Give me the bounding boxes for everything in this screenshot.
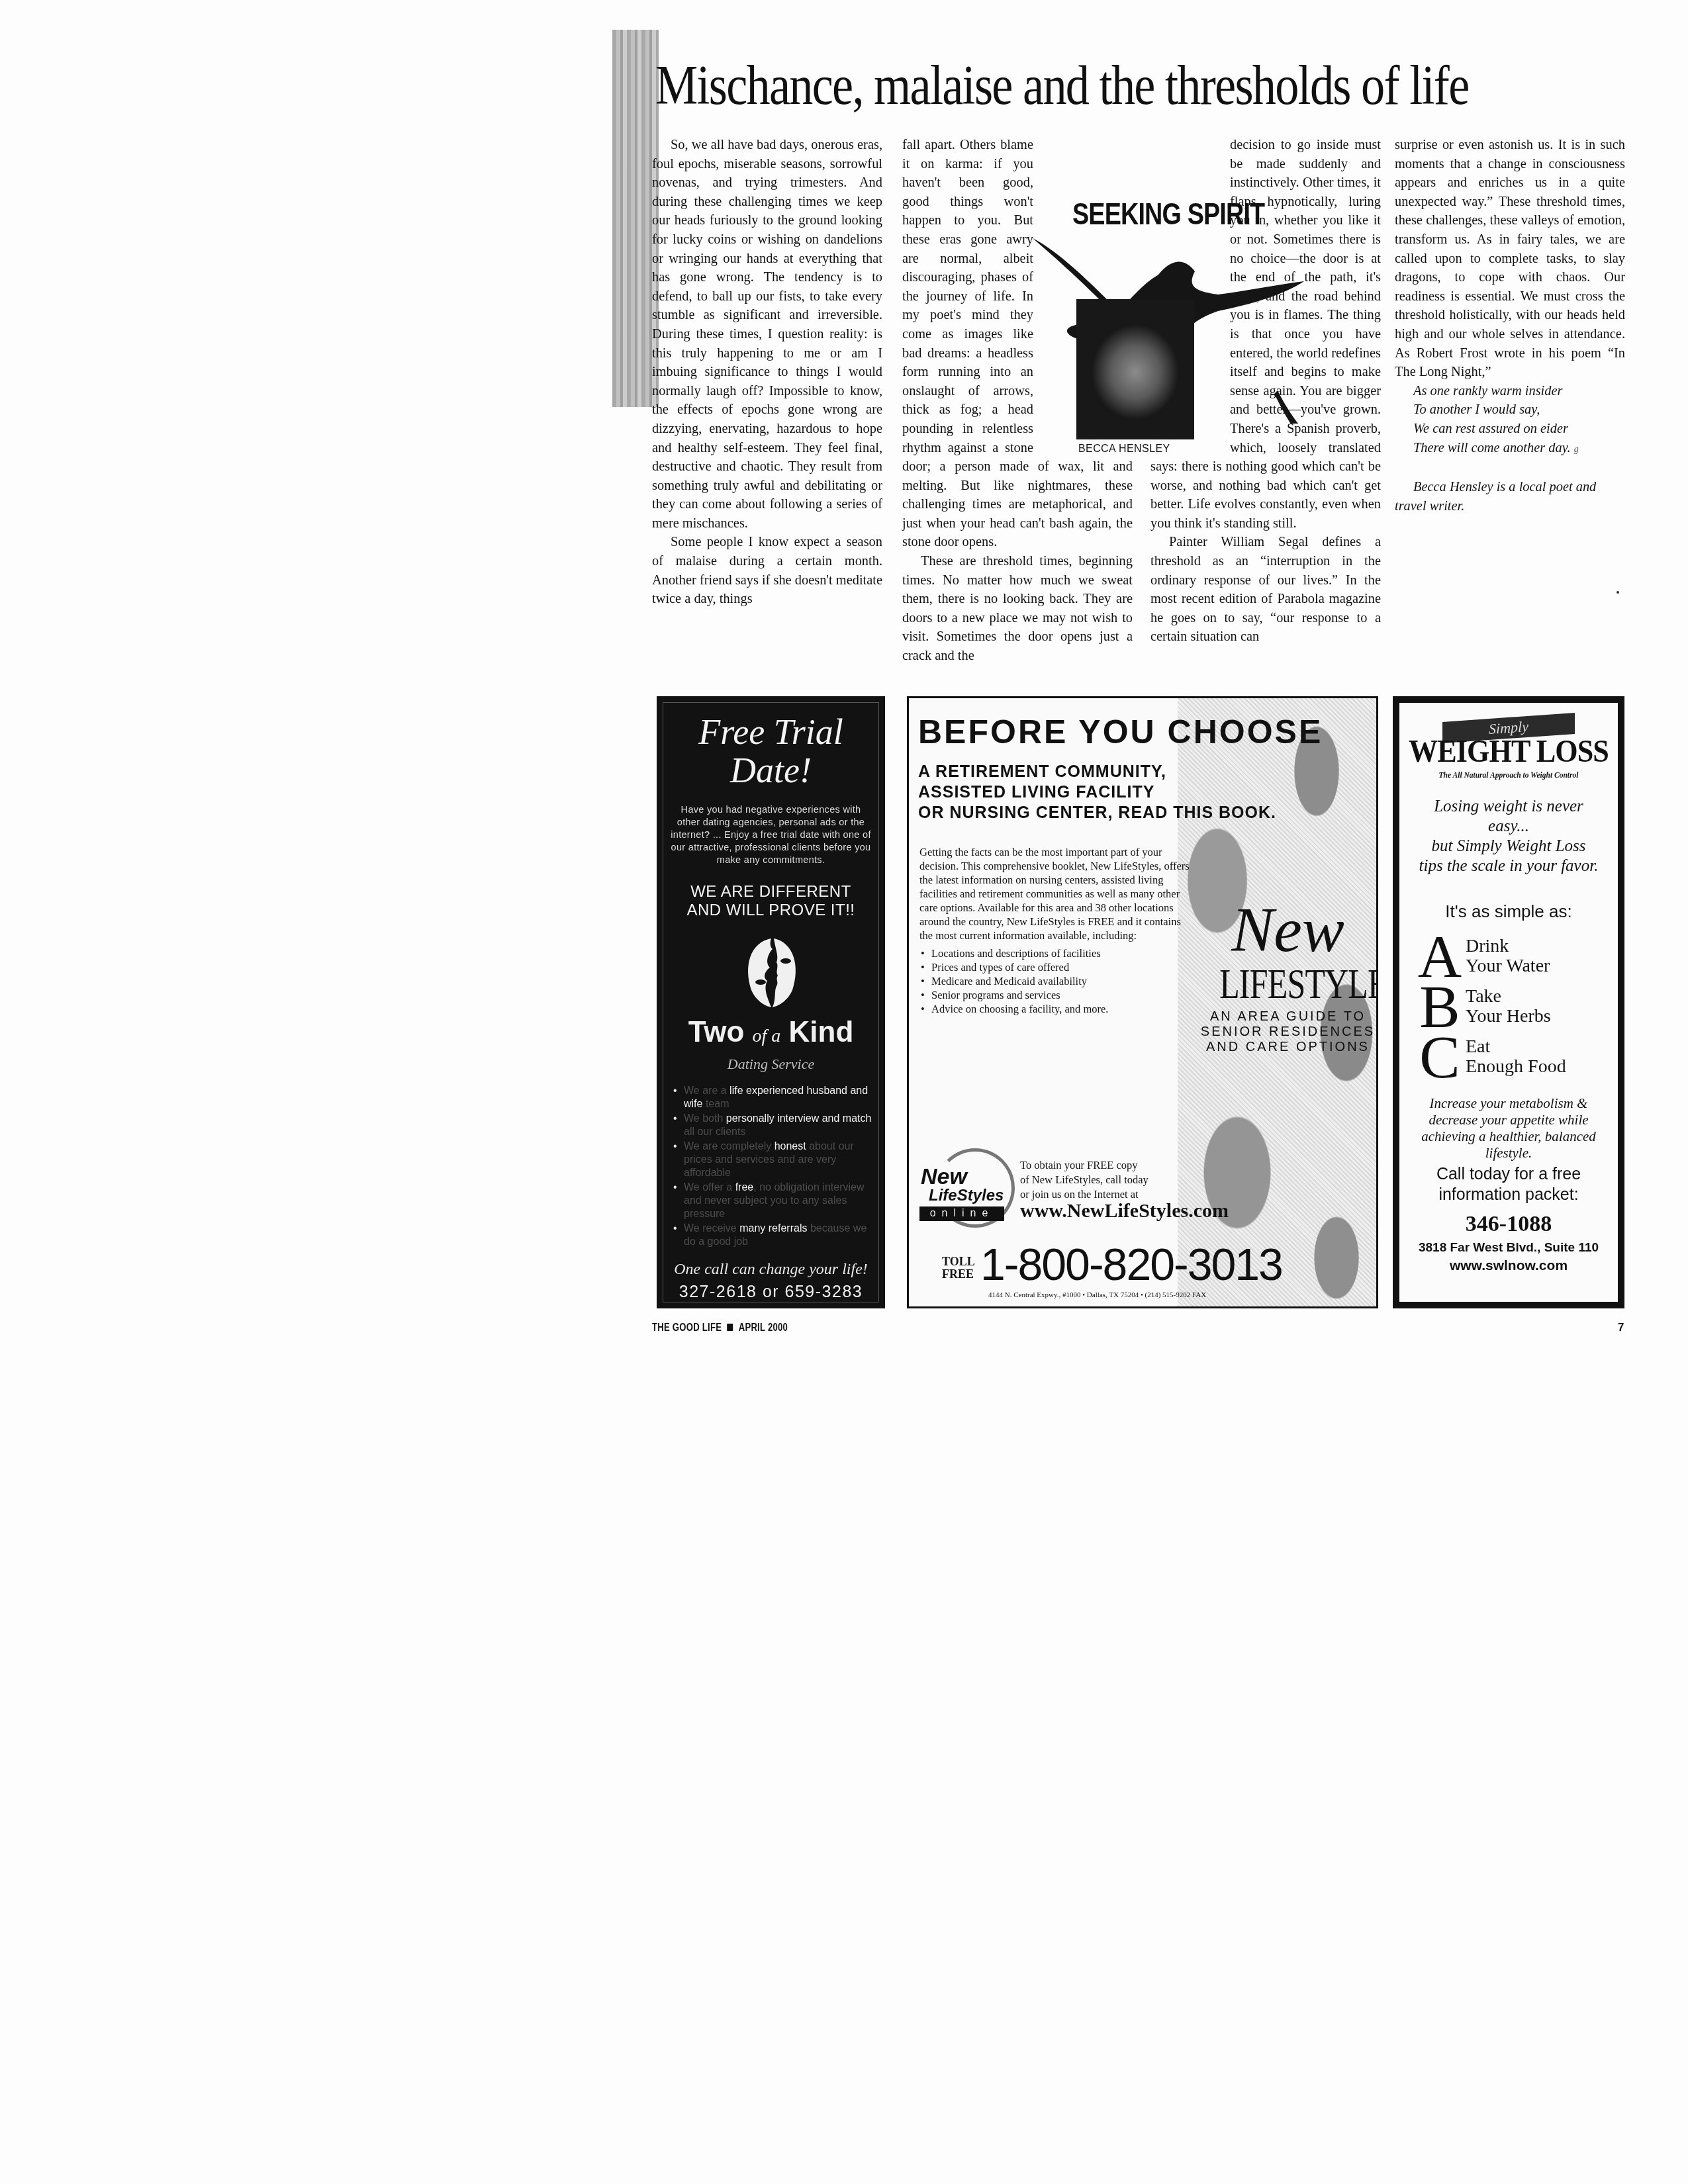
phone-number[interactable]: 346-1088 <box>1399 1212 1618 1237</box>
author-photo <box>1076 299 1194 439</box>
photo-caption: BECCA HENSLEY <box>1078 443 1170 455</box>
list-item: Locations and descriptions of facilities <box>919 946 1191 960</box>
poem-line: We can rest assured on eider <box>1413 420 1625 439</box>
ad-title: Free Trial Date! <box>659 713 883 790</box>
new-lifestyles-ad[interactable]: BEFORE YOU CHOOSE A RETIREMENT COMMUNITY… <box>907 696 1378 1308</box>
simply-weight-loss-ad[interactable]: Simply WEIGHT LOSS The All Natural Appro… <box>1393 696 1624 1308</box>
end-mark-icon: g <box>1574 445 1579 455</box>
paragraph: Some people I know expect a season of ma… <box>652 533 882 608</box>
article-column-1: So, we all have bad days, onerous eras, … <box>652 136 882 609</box>
website-link[interactable]: www.NewLifeStyles.com <box>1020 1200 1229 1222</box>
phone-numbers[interactable]: 327-2618 or 659-3283 <box>659 1283 883 1302</box>
list-item: We offer a free, no obligation interview… <box>673 1181 874 1221</box>
brand-logo: WEIGHT LOSS <box>1408 735 1609 769</box>
dating-service-ad[interactable]: Free Trial Date! Have you had negative e… <box>657 696 885 1308</box>
poem-line: As one rankly warm insider <box>1413 382 1625 401</box>
list-item: Advice on choosing a facility, and more. <box>919 1002 1191 1016</box>
feature-list: Locations and descriptions of facilities… <box>919 946 1191 1016</box>
publication-name: THE GOOD LIFE <box>652 1322 722 1334</box>
list-item: We are completely honest about our price… <box>673 1140 874 1180</box>
paragraph: surprise or even astonish us. It is in s… <box>1395 136 1625 382</box>
list-item: We both personally interview and match a… <box>673 1113 874 1139</box>
book-cover: New LIFESTYLES AN AREA GUIDE TO SENIOR R… <box>1200 897 1376 1055</box>
address: 4144 N. Central Expwy., #1000 • Dallas, … <box>988 1291 1206 1299</box>
two-masks-logo-icon <box>731 933 811 1013</box>
feature-list: We are a life experienced husband and wi… <box>673 1085 874 1249</box>
ad-call-to-action: To obtain your FREE copy of New LifeStyl… <box>1020 1158 1149 1202</box>
magazine-page: Mischance, malaise and the thresholds of… <box>0 0 1688 2184</box>
article-column-4: surprise or even astonish us. It is in s… <box>1395 136 1625 516</box>
poem-excerpt: As one rankly warm insider To another I … <box>1395 382 1625 459</box>
list-item: Senior programs and services <box>919 988 1191 1002</box>
poem-line: There will come another day. g <box>1413 439 1625 460</box>
ad-body: Increase your metabolism & decrease your… <box>1406 1095 1611 1161</box>
ad-slogan: WE ARE DIFFERENT AND WILL PROVE IT!! <box>665 883 876 920</box>
list-item: We are a life experienced husband and wi… <box>673 1085 874 1111</box>
phone-number[interactable]: 1-800-820-3013 <box>980 1240 1282 1290</box>
square-bullet-icon <box>727 1324 733 1331</box>
poem-line: To another I would say, <box>1413 400 1625 420</box>
brand-name: Two of a Kind <box>659 1016 883 1053</box>
address: 3818 Far West Blvd., Suite 110 <box>1399 1241 1618 1255</box>
brand-tagline: The All Natural Approach to Weight Contr… <box>1399 772 1618 780</box>
author-bio: Becca Hensley is a local poet and travel… <box>1395 478 1625 516</box>
paragraph: These are threshold times, beginning tim… <box>902 552 1133 666</box>
brand-subtitle: Dating Service <box>659 1056 883 1073</box>
page-number: 7 <box>1618 1321 1624 1334</box>
list-item: C EatEnough Food <box>1414 1032 1618 1082</box>
article-headline: Mischance, malaise and the thresholds of… <box>655 54 1452 118</box>
ad-body: Have you had negative experiences with o… <box>671 804 871 867</box>
scan-speck <box>1617 591 1619 594</box>
ad-title: BEFORE YOU CHOOSE <box>918 713 1323 751</box>
abc-list: A DrinkYour Water B TakeYour Herbs C Eat… <box>1414 931 1618 1082</box>
ad-body: Getting the facts can be the most import… <box>919 845 1191 1016</box>
paragraph: So, we all have bad days, onerous eras, … <box>652 136 882 533</box>
abc-heading: It's as simple as: <box>1399 901 1618 922</box>
ad-call-to-action: One call can change your life! <box>659 1261 883 1279</box>
website-link[interactable]: www.swlnow.com <box>1399 1258 1618 1274</box>
new-lifestyles-online-logo-icon: New LifeStyles online <box>917 1148 1016 1228</box>
list-item: We receive many referrals because we do … <box>673 1222 874 1249</box>
paragraph: Painter William Segal defines a threshol… <box>1150 533 1381 647</box>
issue-date: APRIL 2000 <box>739 1322 788 1334</box>
page-footer: THE GOOD LIFEAPRIL 2000 <box>652 1322 788 1334</box>
list-item: Medicare and Medicaid availability <box>919 974 1191 988</box>
toll-free-label: TOLL FREE <box>942 1255 975 1281</box>
ad-pitch: Losing weight is never easy... but Simpl… <box>1399 797 1618 876</box>
list-item: Prices and types of care offered <box>919 960 1191 974</box>
ad-call-to-action: Call today for a free information packet… <box>1399 1164 1618 1205</box>
ad-subtitle: A RETIREMENT COMMUNITY, ASSISTED LIVING … <box>918 762 1276 823</box>
